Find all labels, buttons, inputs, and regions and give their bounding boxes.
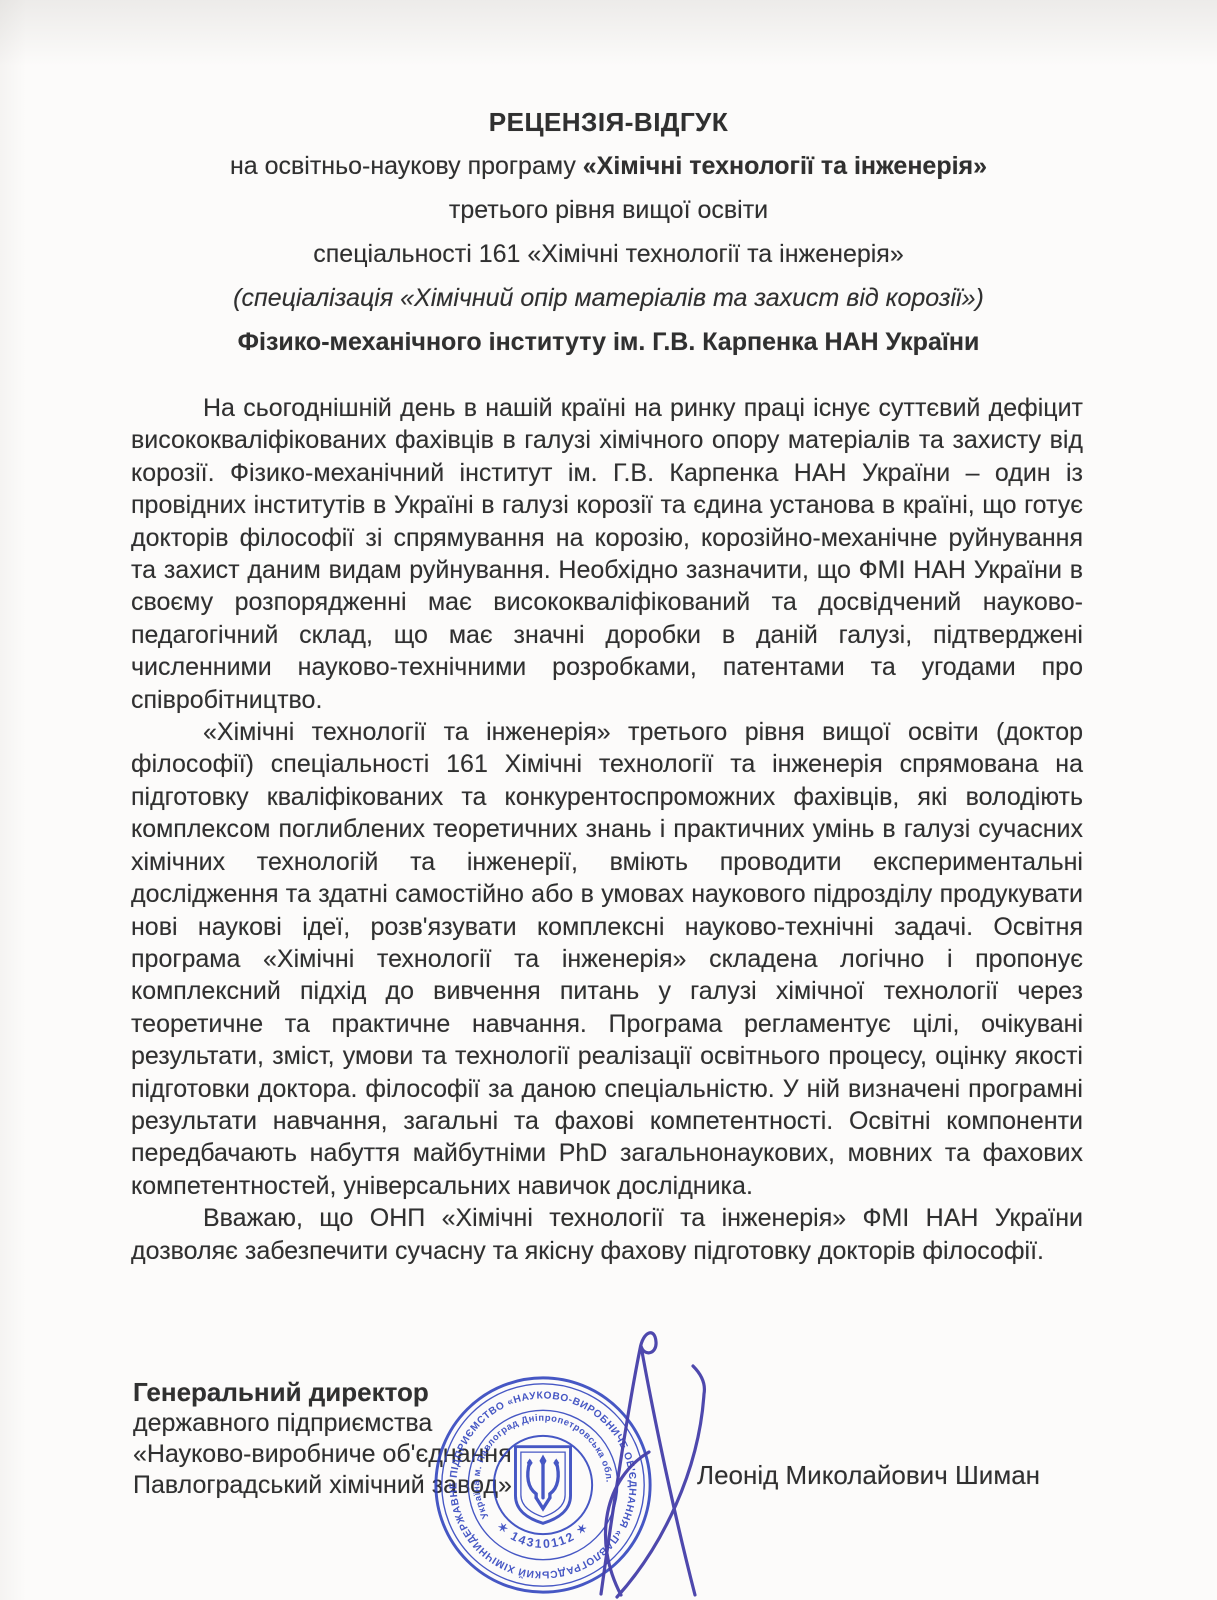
paragraph-program-review: «Хімічні технології та інженерія» третьо… (131, 716, 1083, 1202)
paragraph-intro: На сьогоднішній день в нашій країні на р… (131, 392, 1083, 716)
header-degree-level: третього рівня вищої освіти (0, 188, 1217, 232)
review-body: На сьогоднішній день в нашій країні на р… (131, 392, 1083, 1267)
paragraph-conclusion: Вважаю, що ОНП «Хімічні технології та ін… (131, 1202, 1083, 1267)
handwritten-signature-icon (555, 1278, 765, 1600)
header-program-name: «Хімічні технології та інженерія» (583, 152, 987, 180)
document-title: РЕЦЕНЗІЯ-ВІДГУК (0, 100, 1217, 144)
scanned-review-document: РЕЦЕНЗІЯ-ВІДГУК на освітньо-наукову прог… (0, 0, 1217, 1600)
scan-edge-shadow-top (0, 0, 1217, 78)
header-program-line: на освітньо-наукову програму «Хімічні те… (0, 144, 1217, 188)
header-specialty: спеціальності 161 «Хімічні технології та… (0, 232, 1217, 276)
header-institute: Фізико-механічного інституту ім. Г.В. Ка… (0, 320, 1217, 364)
header-program-prefix: на освітньо-наукову програму (230, 152, 583, 180)
header-specialization: (спеціалізація «Хімічний опір матеріалів… (0, 276, 1217, 320)
document-header: РЕЦЕНЗІЯ-ВІДГУК на освітньо-наукову прог… (0, 100, 1217, 364)
